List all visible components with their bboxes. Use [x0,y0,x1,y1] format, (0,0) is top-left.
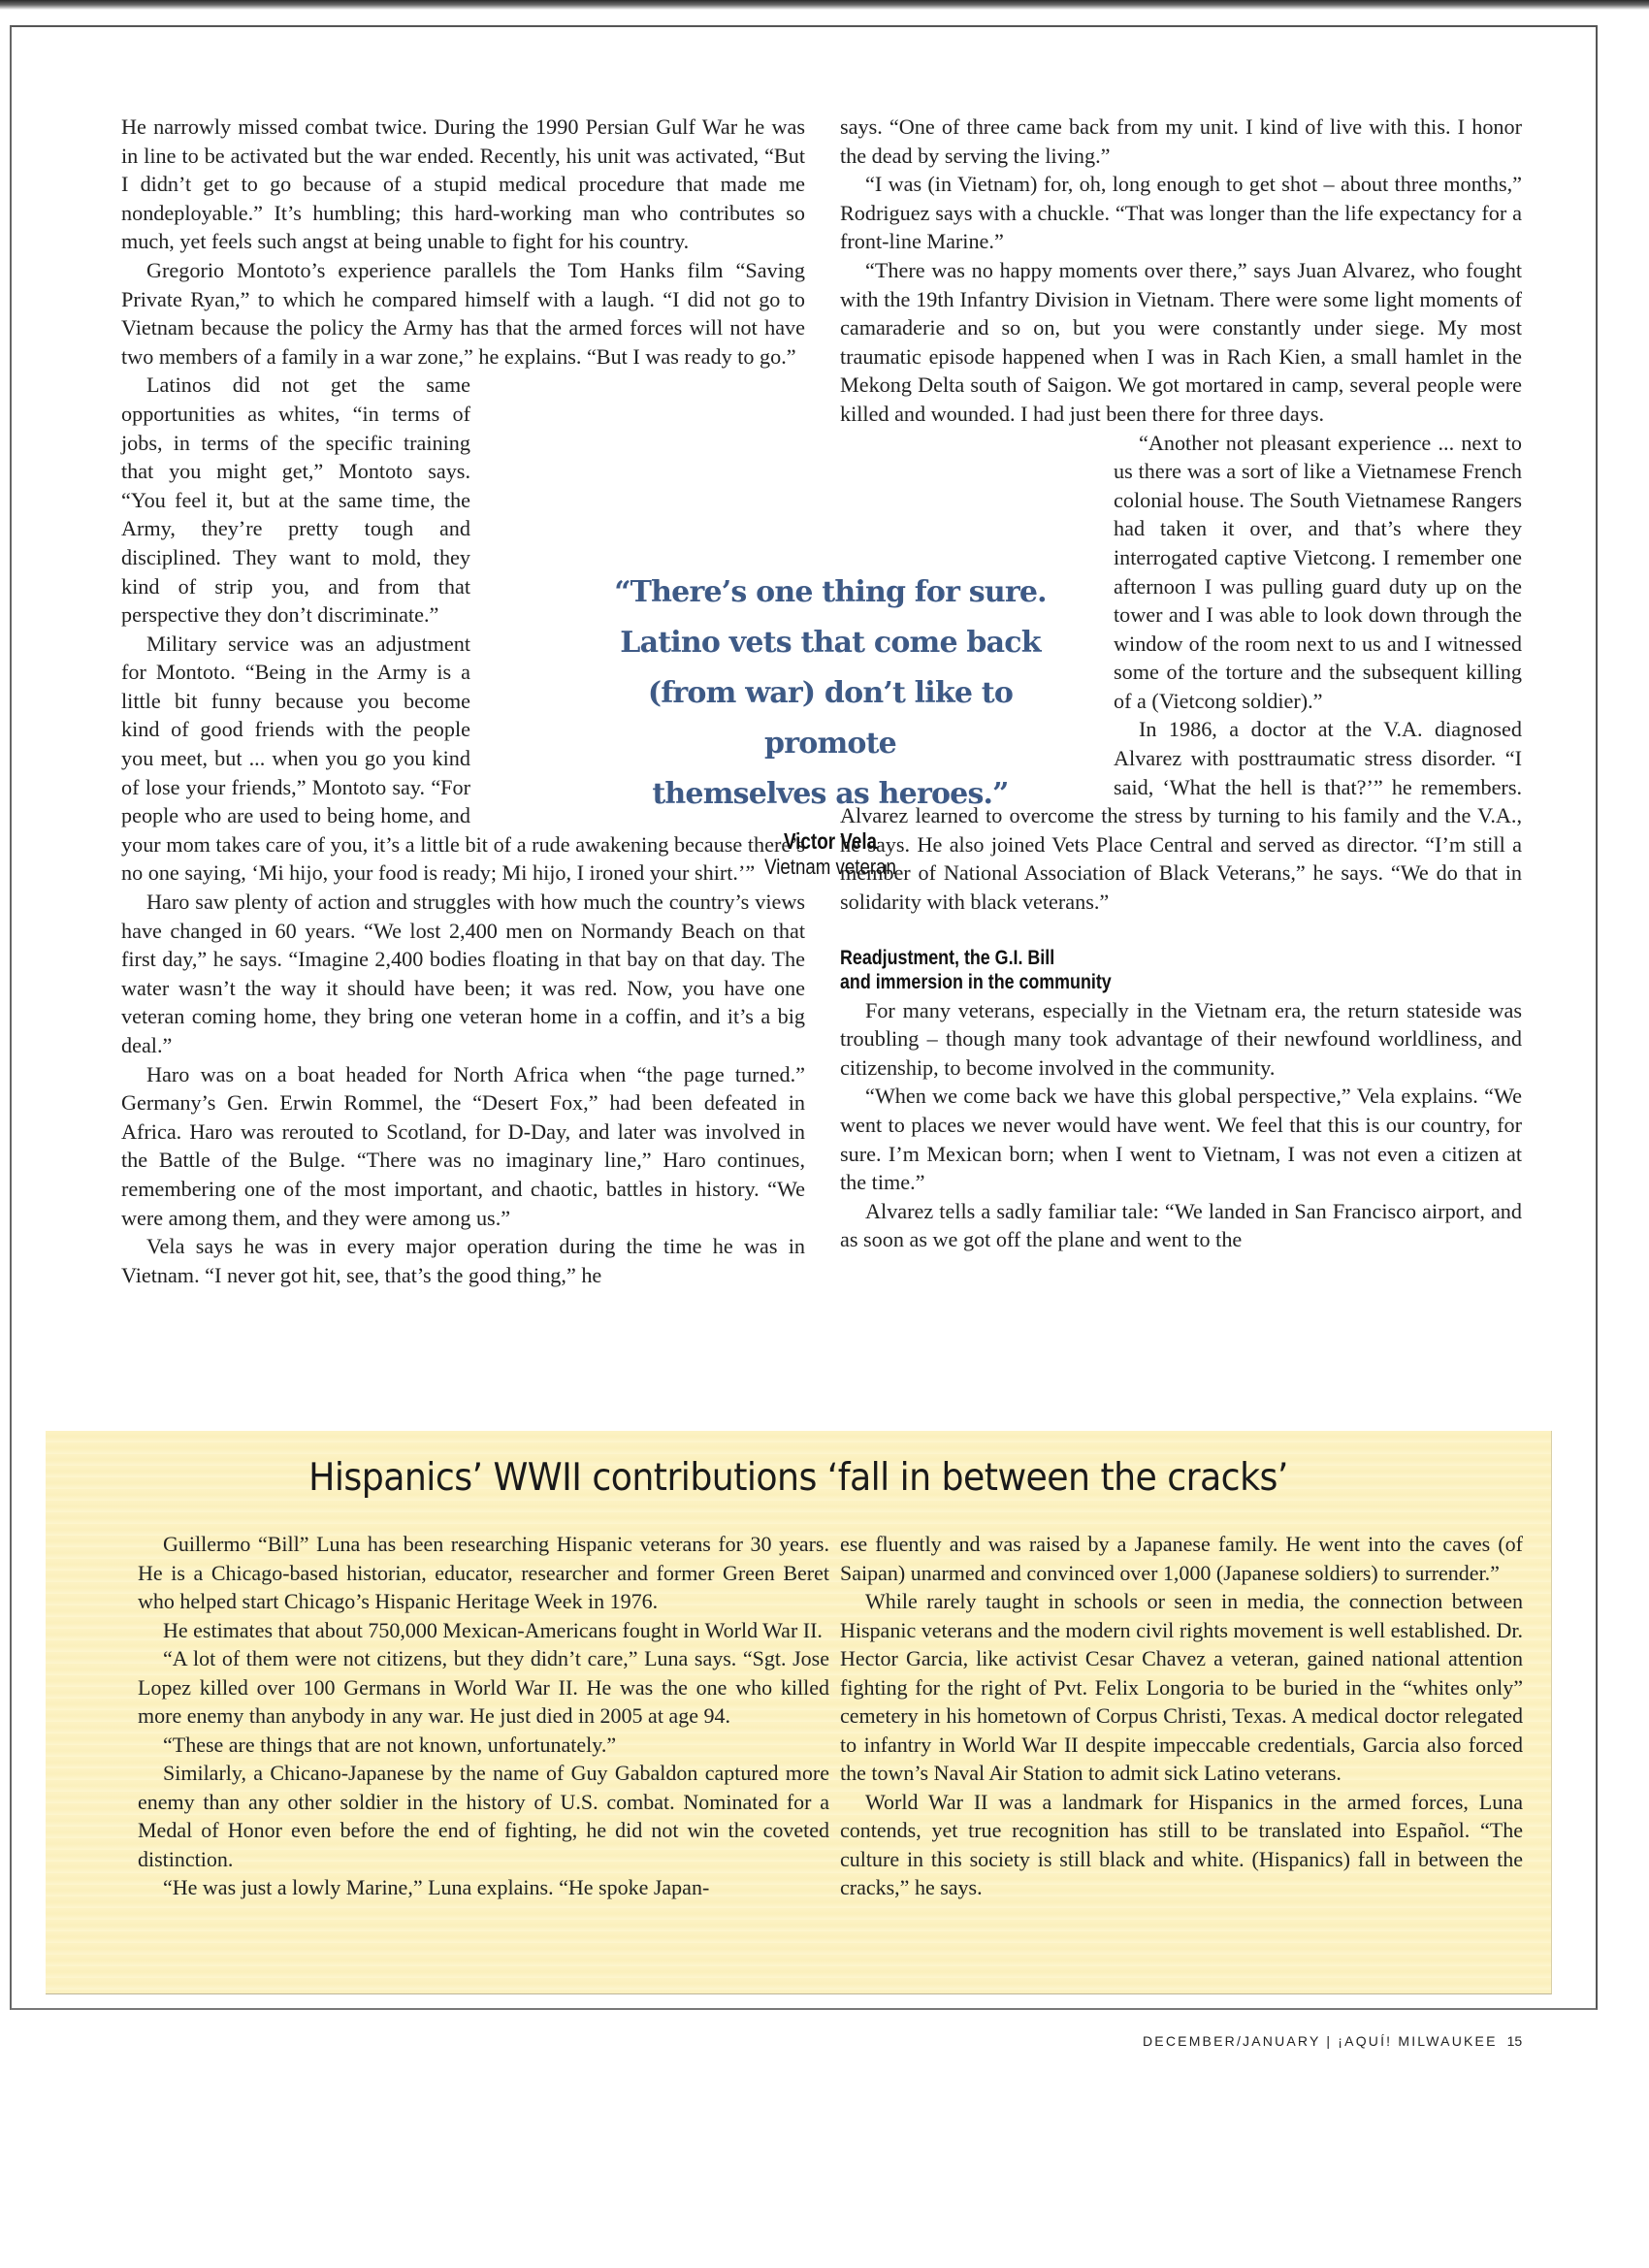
paragraph: ese fluently and was raised by a Japanes… [840,1530,1523,1587]
pull-quote-line: themselves as heroes.” [578,769,1083,820]
sidebar-box: Hispanics’ WWII contributions ‘fall in b… [46,1431,1552,1994]
scan-edge [0,0,1649,10]
sidebar-left-column: Guillermo “Bill” Luna has been researchi… [138,1530,829,1902]
paragraph: He narrowly missed combat twice. During … [121,113,805,256]
paragraph: World War II was a landmark for Hispanic… [840,1788,1523,1902]
paragraph: For many veterans, especially in the Vie… [840,996,1522,1083]
paragraph: Gregorio Montoto’s experience parallels … [121,256,805,371]
page-folio: DECEMBER/JANUARY | ¡AQUÍ! MILWAUKEE15 [1143,2033,1522,2049]
paragraph: says. “One of three came back from my un… [840,113,1522,170]
sidebar-right-column: ese fluently and was raised by a Japanes… [840,1530,1523,1902]
pull-quote-text: “There’s one thing for sure. Latino vets… [578,567,1083,820]
subhead-line: Readjustment, the G.I. Bill [840,946,1420,970]
paragraph: “When we come back we have this global p… [840,1082,1522,1196]
section-subhead: Readjustment, the G.I. Bill and immersio… [840,946,1420,994]
sidebar-title: Hispanics’ WWII contributions ‘fall in b… [98,1456,1498,1500]
paragraph: “I was (in Vietnam) for, oh, long enough… [840,170,1522,256]
pull-quote-line: (from war) don’t like to promote [578,668,1083,769]
paragraph: He estimates that about 750,000 Mexican-… [138,1616,829,1645]
paragraph: Haro saw plenty of action and struggles … [121,888,805,1060]
page-number: 15 [1507,2033,1523,2049]
paragraph: “A lot of them were not citizens, but th… [138,1644,829,1731]
paragraph: While rarely taught in schools or seen i… [840,1587,1523,1788]
paragraph: “There was no happy moments over there,”… [840,256,1522,429]
paragraph: Similarly, a Chicano-Japanese by the nam… [138,1759,829,1873]
paragraph: Guillermo “Bill” Luna has been researchi… [138,1530,829,1616]
pull-quote-attribution-role: Vietnam veteran [616,855,1045,880]
pull-quote-line: “There’s one thing for sure. [578,567,1083,618]
subhead-line: and immersion in the community [840,970,1420,994]
paragraph: Haro was on a boat headed for North Afri… [121,1060,805,1233]
paragraph: “He was just a lowly Marine,” Luna expla… [138,1873,829,1902]
pull-quote-attribution-name: Victor Vela [624,827,1037,855]
folio-text: DECEMBER/JANUARY | ¡AQUÍ! MILWAUKEE [1143,2033,1498,2049]
paragraph: Vela says he was in every major operatio… [121,1232,805,1289]
paragraph: Alvarez tells a sadly familiar tale: “We… [840,1197,1522,1254]
pull-quote: “There’s one thing for sure. Latino vets… [578,567,1083,880]
pull-quote-line: Latino vets that come back [578,618,1083,668]
paragraph: “These are things that are not known, un… [138,1731,829,1760]
